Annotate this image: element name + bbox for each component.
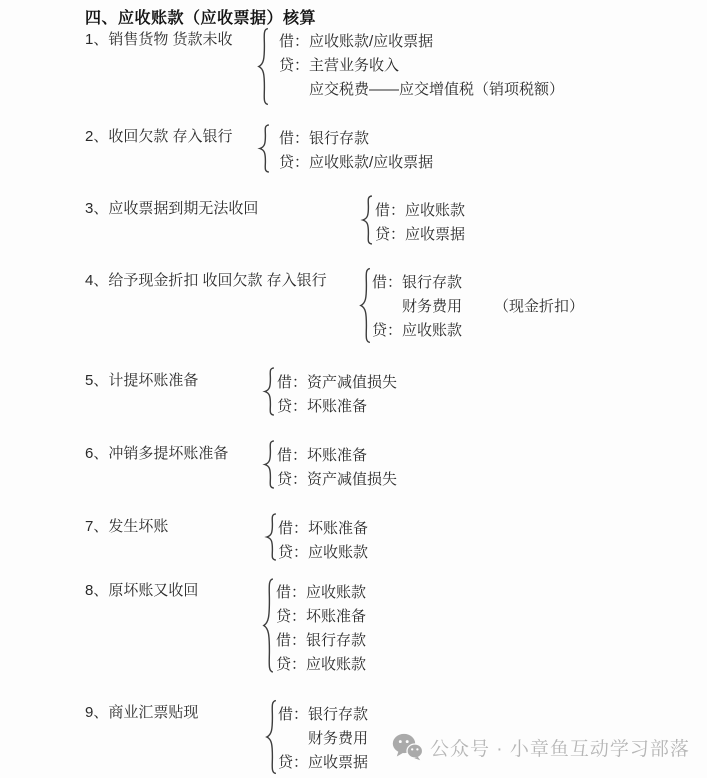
item-label: 9、商业汇票贴现 xyxy=(85,703,198,723)
journal-entries: 借：银行存款 财务费用 贷：应收票据 xyxy=(278,703,368,775)
item-label: 5、计提坏账准备 xyxy=(85,371,198,391)
curly-brace xyxy=(261,577,275,674)
curly-brace xyxy=(360,195,374,245)
journal-line: 借：银行存款 xyxy=(278,703,368,727)
journal-line: 贷：应收账款/应收票据 xyxy=(279,151,433,175)
journal-line: 借：银行存款 xyxy=(276,629,366,653)
document-page: 四、应收账款（应收票据）核算 1、销售货物 货款未收 借：应收账款/应收票据 贷… xyxy=(0,0,707,778)
watermark: 公众号 · 小章鱼互动学习部落 xyxy=(392,733,690,761)
page-title: 四、应收账款（应收票据）核算 xyxy=(85,5,316,28)
watermark-text: 公众号 · 小章鱼互动学习部落 xyxy=(430,734,690,761)
journal-entries: 借：坏账准备 贷：资产减值损失 xyxy=(277,444,397,492)
item-label: 6、冲销多提坏账准备 xyxy=(85,444,228,464)
journal-line: 借：应收账款 xyxy=(276,581,366,605)
journal-line: 贷：坏账准备 xyxy=(276,605,366,629)
journal-entries: 借：坏账准备 贷：应收账款 xyxy=(278,517,368,565)
curly-brace xyxy=(264,513,278,561)
journal-line: 贷：应收账款 xyxy=(372,319,584,343)
journal-entries: 借：应收账款/应收票据 贷：主营业务收入 应交税费——应交增值税（销项税额） xyxy=(279,30,564,102)
journal-line: 贷：资产减值损失 xyxy=(277,468,397,492)
journal-entries: 借：银行存款 财务费用（现金折扣） 贷：应收账款 xyxy=(372,271,584,343)
journal-line: 借：坏账准备 xyxy=(278,517,368,541)
account-text: 财务费用 xyxy=(402,298,462,315)
journal-line: 应交税费——应交增值税（销项税额） xyxy=(279,78,564,102)
item-label: 3、应收票据到期无法收回 xyxy=(85,199,258,219)
journal-line: 贷：应收票据 xyxy=(278,751,368,775)
item-label: 2、收回欠款 存入银行 xyxy=(85,127,233,147)
journal-line: 财务费用 xyxy=(278,727,368,751)
journal-line: 贷：主营业务收入 xyxy=(279,54,564,78)
item-label: 8、原坏账又收回 xyxy=(85,581,198,601)
item-label: 1、销售货物 货款未收 xyxy=(85,30,233,50)
journal-line: 借：应收账款 xyxy=(375,199,465,223)
item-label: 7、发生坏账 xyxy=(85,517,168,537)
journal-line: 借：坏账准备 xyxy=(277,444,397,468)
wechat-icon xyxy=(392,733,423,761)
journal-line: 贷：应收账款 xyxy=(276,653,366,677)
journal-entries: 借：应收账款 贷：坏账准备 借：银行存款 贷：应收账款 xyxy=(276,581,366,677)
curly-brace xyxy=(256,27,270,106)
journal-entries: 借：银行存款 贷：应收账款/应收票据 xyxy=(279,127,433,175)
journal-line: 贷：坏账准备 xyxy=(277,395,397,419)
journal-line: 贷：应收票据 xyxy=(375,223,465,247)
journal-line: 贷：应收账款 xyxy=(278,541,368,565)
journal-line: 借：资产减值损失 xyxy=(277,371,397,395)
journal-entries: 借：资产减值损失 贷：坏账准备 xyxy=(277,371,397,419)
journal-entries: 借：应收账款 贷：应收票据 xyxy=(375,199,465,247)
curly-brace xyxy=(262,367,276,416)
curly-brace xyxy=(264,699,278,775)
curly-brace xyxy=(257,124,271,173)
journal-line: 财务费用（现金折扣） xyxy=(372,295,584,319)
item-label: 4、给予现金折扣 收回欠款 存入银行 xyxy=(85,271,327,291)
curly-brace xyxy=(358,267,372,344)
entry-note: （现金折扣） xyxy=(494,298,584,315)
journal-line: 借：银行存款 xyxy=(372,271,584,295)
journal-line: 借：应收账款/应收票据 xyxy=(279,30,564,54)
journal-line: 借：银行存款 xyxy=(279,127,433,151)
curly-brace xyxy=(262,440,276,489)
